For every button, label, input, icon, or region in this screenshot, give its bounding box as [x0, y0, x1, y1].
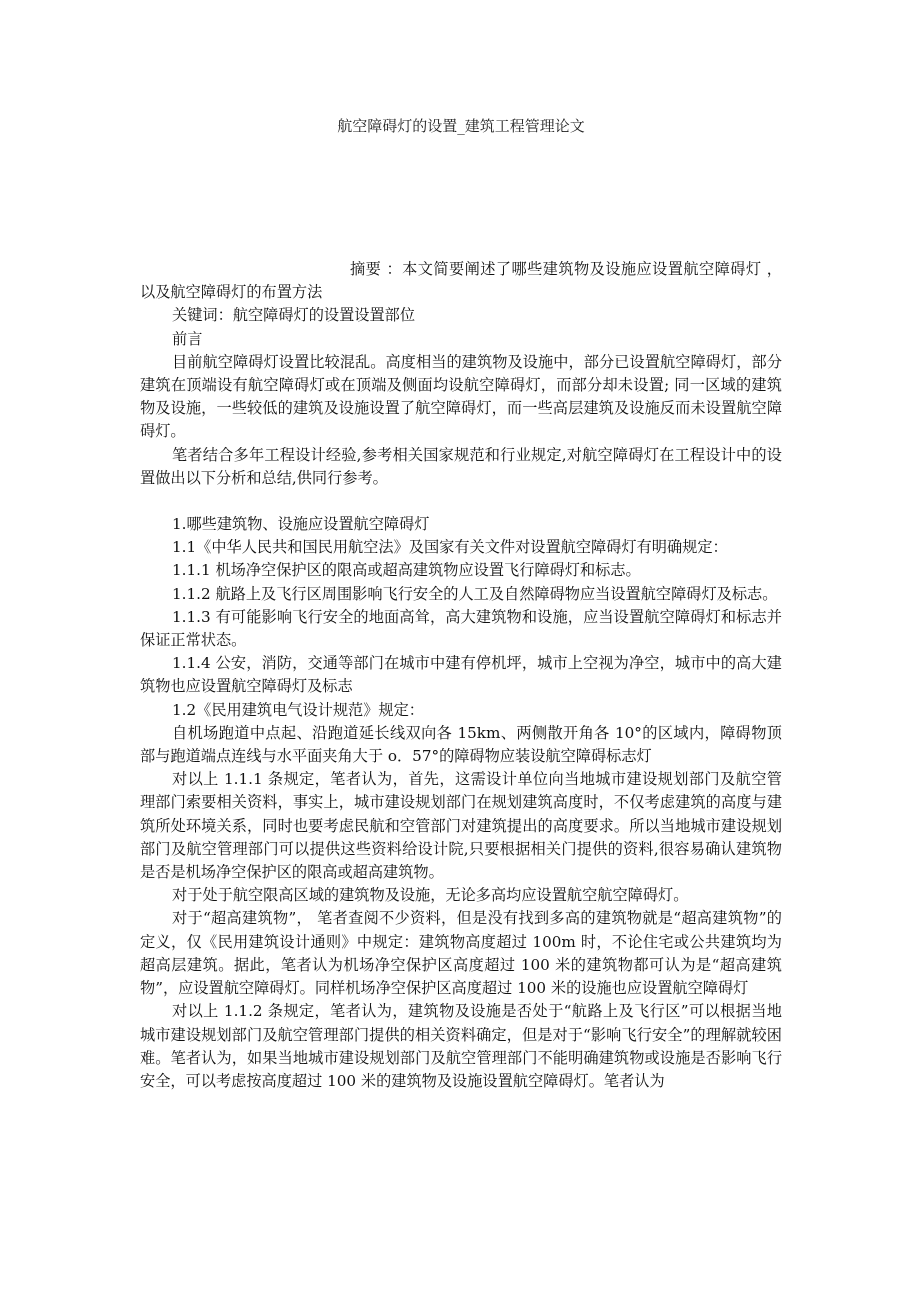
body-paragraph: 自机场跑道中点起、沿跑道延长线双向各 15km、两侧散开角各 10°的区域内，障…: [140, 722, 782, 768]
body-paragraph: 1.2《民用建筑电气设计规范》规定：: [140, 699, 782, 722]
body-paragraph: 1.1.2 航路上及飞行区周围影响飞行安全的人工及自然障碍物应当设置航空障碍灯及…: [140, 583, 782, 606]
body-paragraph: 1.1.1 机场净空保护区的限高或超高建筑物应设置飞行障碍灯和标志。: [140, 559, 782, 582]
body-paragraph: 1.1.3 有可能影响飞行安全的地面高耸，高大建筑物和设施，应当设置航空障碍灯和…: [140, 606, 782, 652]
abstract-paragraph: 摘要 ：本文简要阐述了哪些建筑物及设施应设置航空障碍灯 ，以及航空障碍灯的布置方…: [140, 258, 782, 304]
body-paragraph: 关键词：航空障碍灯的设置设置部位: [140, 304, 782, 327]
body-paragraph: 对于“超高建筑物”， 笔者查阅不少资料，但是没有找到多高的建筑物就是“超高建筑物…: [140, 907, 782, 1000]
body-paragraph: 笔者结合多年工程设计经验,参考相关国家规范和行业规定,对航空障碍灯在工程设计中的…: [140, 444, 782, 490]
body-paragraph: 1.1.4 公安，消防，交通等部门在城市中建有停机坪，城市上空视为净空，城市中的…: [140, 652, 782, 698]
body-paragraph: 前言: [140, 328, 782, 351]
body-paragraph: 对以上 1.1.2 条规定，笔者认为，建筑物及设施是否处于“航路上及飞行区”可以…: [140, 1000, 782, 1093]
body-paragraph: 1.1《中华人民共和国民用航空法》及国家有关文件对设置航空障碍灯有明确规定：: [140, 536, 782, 559]
document-title: 航空障碍灯的设置_建筑工程管理论文: [140, 115, 782, 136]
body-paragraph: 1.哪些建筑物、设施应设置航空障碍灯: [140, 513, 782, 536]
body-paragraph: 对于处于航空限高区域的建筑物及设施，无论多高均应设置航空航空障碍灯。: [140, 884, 782, 907]
body-paragraph: 目前航空障碍灯设置比较混乱。高度相当的建筑物及设施中，部分已设置航空障碍灯，部分…: [140, 351, 782, 444]
body-paragraph: 对以上 1.1.1 条规定，笔者认为，首先，这需设计单位向当地城市建设规划部门及…: [140, 768, 782, 884]
document-body: 摘要 ：本文简要阐述了哪些建筑物及设施应设置航空障碍灯 ，以及航空障碍灯的布置方…: [140, 258, 782, 1093]
paragraph-spacer: [140, 490, 782, 513]
